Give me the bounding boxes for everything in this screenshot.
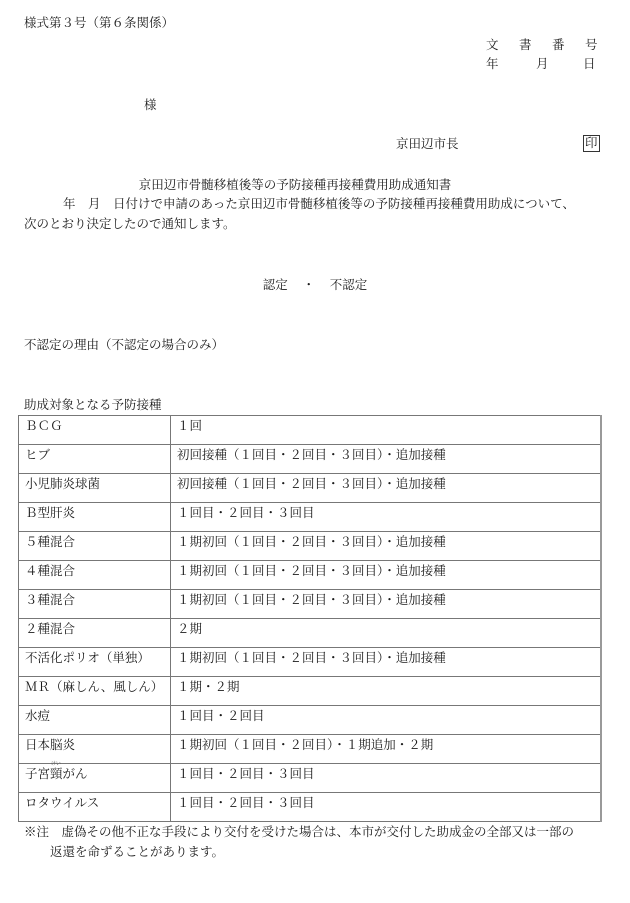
vaccine-name: ３種混合 (19, 590, 171, 619)
decision-approved[interactable]: 認定 (263, 279, 288, 292)
vaccine-name: ５種混合 (19, 532, 171, 561)
decision-options: 認定・不認定 (0, 279, 630, 292)
seal-box: 印 (583, 135, 600, 152)
ruby-kanji: けい頸 (50, 768, 63, 781)
document-title-text: 京田辺市骨髄移植後等の予防接種再接種費用助成通知書 (139, 177, 452, 192)
date-day: 日 (583, 58, 596, 71)
table-row: 日本脳炎 １期初回（１回目・２回目）・１期追加・２期 (19, 735, 602, 764)
table-row: 子宮けい頸がん １回目・２回目・３回目 (19, 764, 602, 793)
document-number-label: 文書番号 (486, 39, 598, 52)
table-row: ４種混合 １期初回（１回目・２回目・３回目）・追加接種 (19, 561, 602, 590)
document-title: 京田辺市骨髄移植後等の予防接種再接種費用助成通知書 (0, 179, 630, 192)
vaccine-doses: １期初回（１回目・２回目・３回目）・追加接種 (171, 532, 602, 561)
table-row: ロタウイルス １回目・２回目・３回目 (19, 793, 602, 822)
table-row: ヒブ 初回接種（１回目・２回目・３回目）・追加接種 (19, 445, 602, 474)
rejection-reason-label: 不認定の理由（不認定の場合のみ） (24, 339, 224, 352)
doc-number-char: 書 (519, 39, 552, 52)
date-year: 年 (486, 58, 536, 71)
note-line-2: 返還を命ずることがあります。 (50, 846, 224, 859)
vaccine-name: ２種混合 (19, 619, 171, 648)
date-month: 月 (536, 58, 583, 71)
vaccine-doses: １回目・２回目・３回目 (171, 793, 602, 822)
date-line: 年月日 (486, 58, 596, 71)
body-text-line-2: 次のとおり決定したので通知します。 (24, 218, 236, 231)
table-caption: 助成対象となる予防接種 (24, 399, 162, 412)
table-row: ２種混合 ２期 (19, 619, 602, 648)
vaccine-name: 不活化ポリオ（単独） (19, 648, 171, 677)
doc-number-char: 番 (552, 39, 585, 52)
vaccine-name: ロタウイルス (19, 793, 171, 822)
note-line-1: ※注 虚偽その他不正な手段により交付を受けた場合は、本市が交付した助成金の全部又… (24, 826, 574, 839)
vaccine-doses: １期初回（１回目・２回目・３回目）・追加接種 (171, 648, 602, 677)
table-row: 不活化ポリオ（単独） １期初回（１回目・２回目・３回目）・追加接種 (19, 648, 602, 677)
table-row: ５種混合 １期初回（１回目・２回目・３回目）・追加接種 (19, 532, 602, 561)
vaccine-name: ４種混合 (19, 561, 171, 590)
ruby-reading: けい (51, 762, 61, 767)
table-row: 水痘 １回目・２回目 (19, 706, 602, 735)
vaccine-doses: １回 (171, 416, 602, 445)
vaccine-doses: １期・２期 (171, 677, 602, 706)
vaccine-doses: 初回接種（１回目・２回目・３回目）・追加接種 (171, 445, 602, 474)
form-number: 様式第３号（第６条関係） (24, 17, 174, 30)
table-row: Ｂ型肝炎 １回目・２回目・３回目 (19, 503, 602, 532)
vaccine-doses: ２期 (171, 619, 602, 648)
decision-rejected[interactable]: 不認定 (330, 279, 368, 292)
vaccine-name-prefix: 子宮 (25, 766, 50, 781)
vaccine-name: 小児肺炎球菌 (19, 474, 171, 503)
body-text-line-1: 年 月 日付けで申請のあった京田辺市骨髄移植後等の予防接種再接種費用助成について… (63, 198, 575, 211)
vaccine-name-suffix: がん (63, 766, 88, 781)
table-row: ＢＣＧ １回 (19, 416, 602, 445)
vaccine-name: ＢＣＧ (19, 416, 171, 445)
vaccine-doses: １期初回（１回目・２回目・３回目）・追加接種 (171, 590, 602, 619)
doc-number-char: 号 (585, 39, 598, 52)
ruby-base: 頸 (50, 766, 63, 781)
vaccine-doses: １回目・２回目・３回目 (171, 764, 602, 793)
decision-separator: ・ (288, 279, 330, 292)
table-row: 小児肺炎球菌 初回接種（１回目・２回目・３回目）・追加接種 (19, 474, 602, 503)
issuer-name: 京田辺市長 (396, 138, 459, 151)
vaccine-doses: １期初回（１回目・２回目）・１期追加・２期 (171, 735, 602, 764)
addressee-suffix: 様 (144, 99, 157, 112)
table-row: ＭＲ（麻しん、風しん） １期・２期 (19, 677, 602, 706)
vaccine-name: Ｂ型肝炎 (19, 503, 171, 532)
vaccine-doses: 初回接種（１回目・２回目・３回目）・追加接種 (171, 474, 602, 503)
vaccine-doses: １回目・２回目・３回目 (171, 503, 602, 532)
vaccine-doses: １回目・２回目 (171, 706, 602, 735)
vaccine-name: 子宮けい頸がん (19, 764, 171, 793)
vaccine-name: ヒブ (19, 445, 171, 474)
vaccine-doses: １期初回（１回目・２回目・３回目）・追加接種 (171, 561, 602, 590)
doc-number-char: 文 (486, 39, 519, 52)
vaccine-name: 水痘 (19, 706, 171, 735)
vaccine-table: ＢＣＧ １回 ヒブ 初回接種（１回目・２回目・３回目）・追加接種 小児肺炎球菌 … (18, 415, 602, 822)
table-row: ３種混合 １期初回（１回目・２回目・３回目）・追加接種 (19, 590, 602, 619)
vaccine-name: ＭＲ（麻しん、風しん） (19, 677, 171, 706)
vaccine-name: 日本脳炎 (19, 735, 171, 764)
